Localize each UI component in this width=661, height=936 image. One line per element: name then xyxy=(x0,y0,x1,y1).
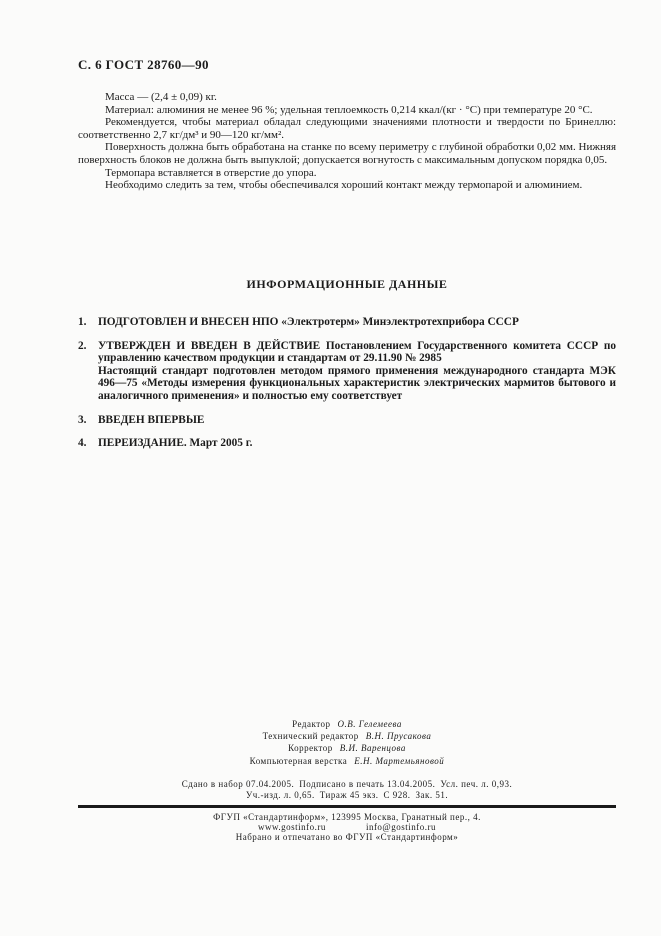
credit-name: В.Н. Прусакова xyxy=(366,731,432,741)
list-item-number: 3. xyxy=(78,414,86,427)
body-text-block: Масса — (2,4 ± 0,09) кг. Материал: алюми… xyxy=(78,91,616,192)
credit-line: Технический редакторВ.Н. Прусакова xyxy=(78,730,616,742)
info-list: 1. ПОДГОТОВЛЕН И ВНЕСЕН НПО «Электротерм… xyxy=(78,316,616,461)
page-header: С. 6 ГОСТ 28760—90 xyxy=(78,57,209,73)
list-item-number: 4. xyxy=(78,437,86,450)
body-paragraph: Рекомендуется, чтобы материал обладал сл… xyxy=(78,116,616,141)
publisher-contacts: www.gostinfo.ruinfo@gostinfo.ru xyxy=(78,822,616,832)
credit-name: В.И. Варенцова xyxy=(340,743,406,753)
list-item-text: ВВЕДЕН ВПЕРВЫЕ xyxy=(98,414,204,426)
colophon: РедакторО.В. Гелемеева Технический редак… xyxy=(78,718,616,843)
credit-role: Компьютерная верстка xyxy=(250,756,348,766)
publisher-email: info@gostinfo.ru xyxy=(366,822,436,832)
credit-line: Компьютерная версткаЕ.Н. Мартемьяновой xyxy=(78,755,616,767)
credit-role: Редактор xyxy=(292,719,330,729)
list-item-2: 2. УТВЕРЖДЕН И ВВЕДЕН В ДЕЙСТВИЕ Постано… xyxy=(78,340,616,403)
body-paragraph: Масса — (2,4 ± 0,09) кг. xyxy=(78,91,616,104)
list-item-number: 1. xyxy=(78,316,86,329)
publisher-site: www.gostinfo.ru xyxy=(258,822,326,832)
body-paragraph: Материал: алюминия не менее 96 %; удельн… xyxy=(78,104,616,117)
divider-rule xyxy=(78,805,616,808)
publisher-printed-note: Набрано и отпечатано во ФГУП «Стандартин… xyxy=(78,832,616,842)
credits-block: РедакторО.В. Гелемеева Технический редак… xyxy=(78,718,616,767)
publisher-address: ФГУП «Стандартинформ», 123995 Москва, Гр… xyxy=(78,812,616,822)
imprint-block: Сдано в набор 07.04.2005. Подписано в пе… xyxy=(78,779,616,801)
body-paragraph: Термопара вставляется в отверстие до упо… xyxy=(78,167,616,180)
body-paragraph: Необходимо следить за тем, чтобы обеспеч… xyxy=(78,179,616,192)
list-item-text: УТВЕРЖДЕН И ВВЕДЕН В ДЕЙСТВИЕ Постановле… xyxy=(98,340,616,365)
credit-name: Е.Н. Мартемьяновой xyxy=(354,756,444,766)
list-item-text: ПЕРЕИЗДАНИЕ. Март 2005 г. xyxy=(98,437,252,449)
credit-role: Корректор xyxy=(288,743,333,753)
document-page: С. 6 ГОСТ 28760—90 Масса — (2,4 ± 0,09) … xyxy=(0,0,661,936)
credit-name: О.В. Гелемеева xyxy=(338,719,402,729)
list-item-text: ПОДГОТОВЛЕН И ВНЕСЕН НПО «Электротерм» М… xyxy=(98,316,519,328)
list-item-3: 3. ВВЕДЕН ВПЕРВЫЕ xyxy=(78,414,616,427)
credit-line: КорректорВ.И. Варенцова xyxy=(78,742,616,754)
publisher-block: ФГУП «Стандартинформ», 123995 Москва, Гр… xyxy=(78,812,616,843)
list-item-number: 2. xyxy=(78,340,86,353)
list-item-4: 4. ПЕРЕИЗДАНИЕ. Март 2005 г. xyxy=(78,437,616,450)
body-paragraph: Поверхность должна быть обработана на ст… xyxy=(78,141,616,166)
imprint-line-2: Уч.-изд. л. 0,65. Тираж 45 экз. С 928. З… xyxy=(78,790,616,801)
credit-line: РедакторО.В. Гелемеева xyxy=(78,718,616,730)
section-heading: ИНФОРМАЦИОННЫЕ ДАННЫЕ xyxy=(78,277,616,292)
credit-role: Технический редактор xyxy=(263,731,359,741)
list-item-note: Настоящий стандарт подготовлен методом п… xyxy=(98,365,616,403)
list-item-1: 1. ПОДГОТОВЛЕН И ВНЕСЕН НПО «Электротерм… xyxy=(78,316,616,329)
imprint-line-1: Сдано в набор 07.04.2005. Подписано в пе… xyxy=(78,779,616,790)
